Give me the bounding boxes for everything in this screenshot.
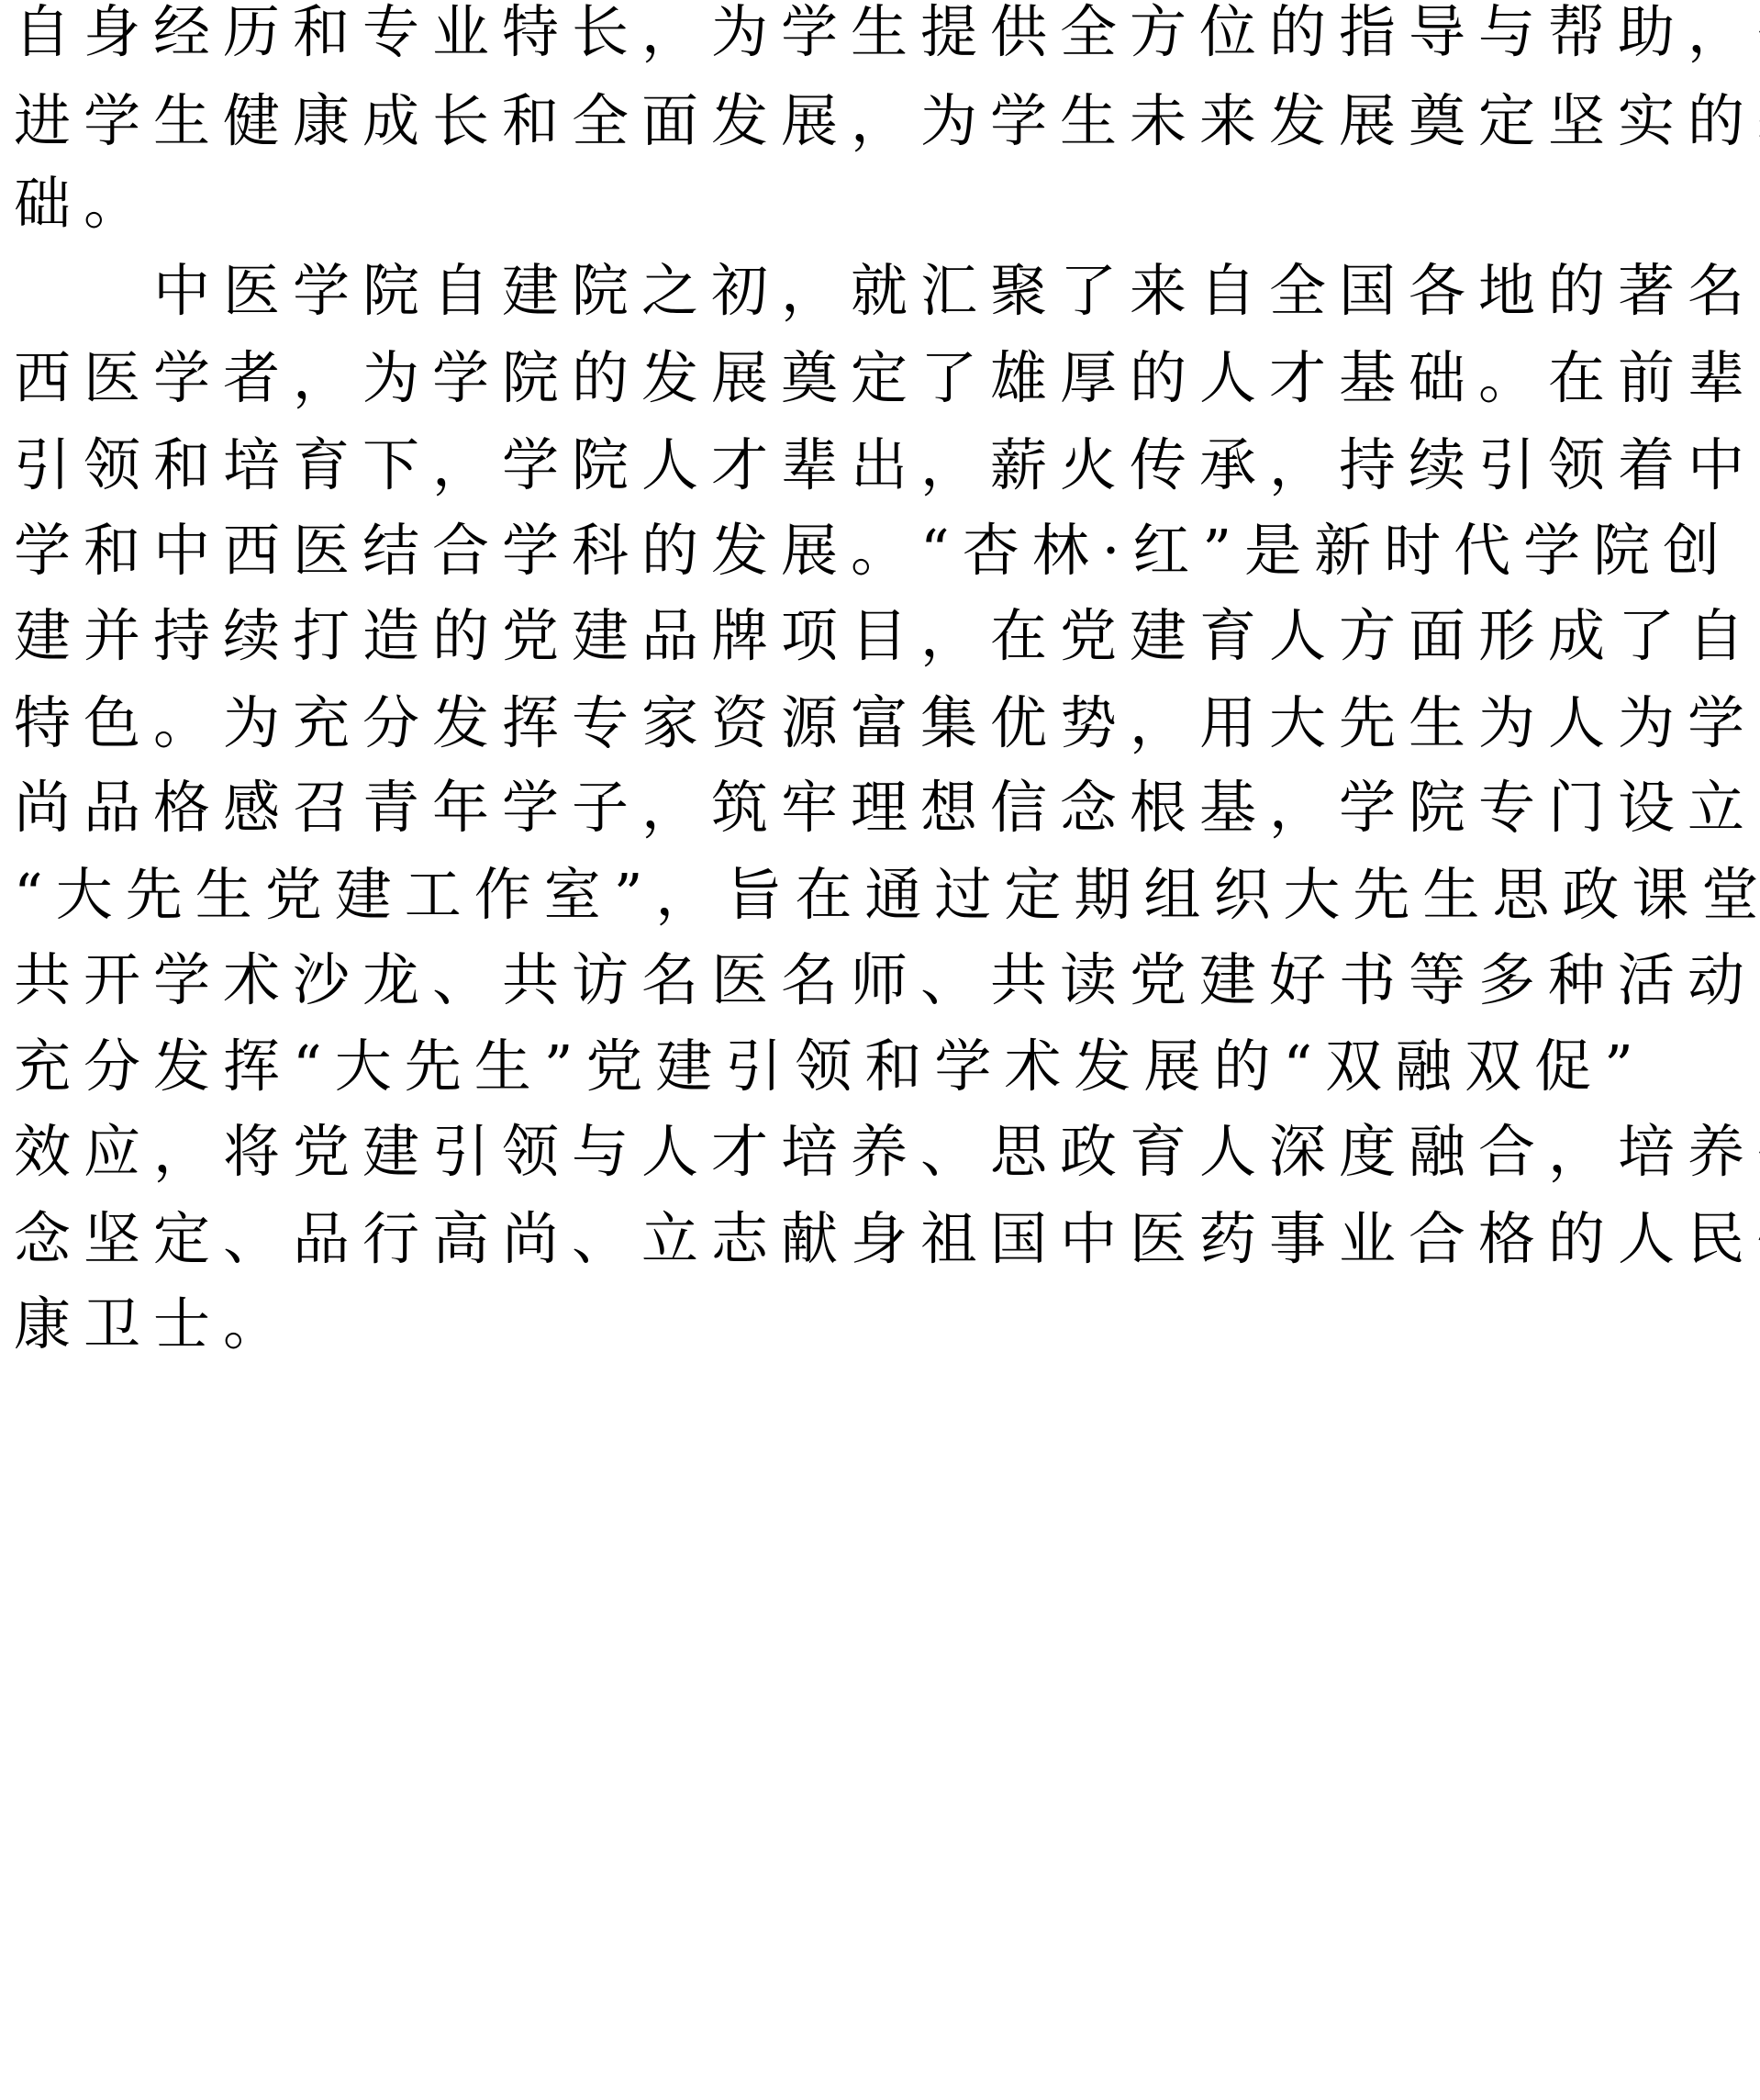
- paragraph-2-line-11: 效应，将党建引领与人才培养、思政育人深度融合，培养信: [14, 1115, 1760, 1189]
- paragraph-2-line-5: 建并持续打造的党建品牌项目，在党建育人方面形成了自身: [14, 599, 1760, 673]
- paragraph-2-line-13: 康卫士。: [14, 1288, 293, 1361]
- paragraph-2-line-7: 尚品格感召青年学子，筑牢理想信念根基，学院专门设立了: [14, 771, 1760, 844]
- paragraph-2-line-12: 念坚定、品行高尚、立志献身祖国中医药事业合格的人民健: [14, 1202, 1760, 1276]
- paragraph-2-line-1: 中医学院自建院之初，就汇聚了来自全国各地的著名中: [14, 254, 1760, 328]
- paragraph-2-line-10: 充分发挥“大先生”党建引领和学术发展的“双融双促”: [14, 1030, 1646, 1103]
- paragraph-2-line-6: 特色。为充分发挥专家资源富集优势，用大先生为人为学高: [14, 687, 1760, 760]
- document-page: 自身经历和专业特长，为学生提供全方位的指导与帮助，促 进学生健康成长和全面发展，…: [0, 0, 1760, 2100]
- paragraph-2-line-8: “大先生党建工作室”，旨在通过定期组织大先生思政课堂、: [14, 858, 1760, 932]
- paragraph-1-line-3: 础。: [14, 167, 153, 240]
- paragraph-2-line-4: 学和中西医结合学科的发展。“杏林·红”是新时代学院创: [14, 514, 1732, 587]
- paragraph-2-line-3: 引领和培育下，学院人才辈出，薪火传承，持续引领着中医: [14, 429, 1760, 502]
- paragraph-1-line-2: 进学生健康成长和全面发展，为学生未来发展奠定坚实的基: [14, 84, 1760, 158]
- paragraph-1-line-1: 自身经历和专业特长，为学生提供全方位的指导与帮助，促: [14, 0, 1760, 69]
- paragraph-2-line-9: 共开学术沙龙、共访名医名师、共读党建好书等多种活动，: [14, 944, 1760, 1017]
- paragraph-2-line-2: 西医学者，为学院的发展奠定了雄厚的人才基础。在前辈的: [14, 341, 1760, 415]
